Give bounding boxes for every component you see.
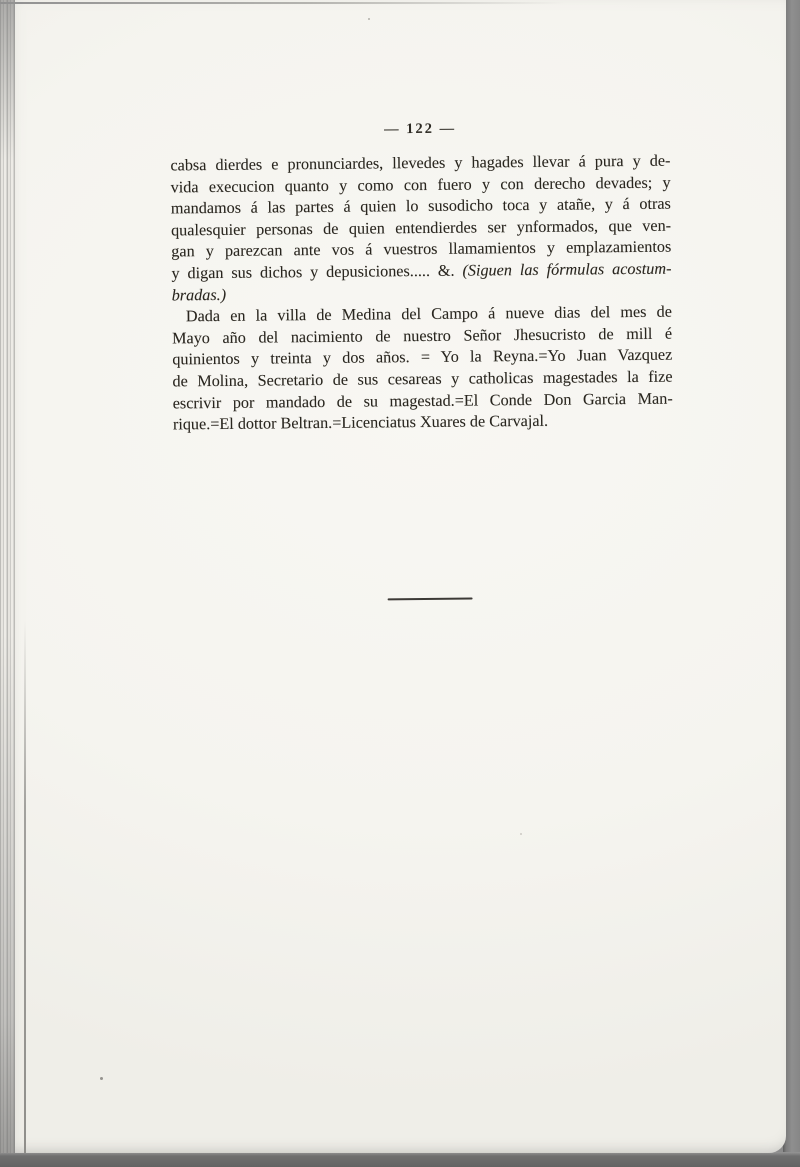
page-edge-line [24, 620, 26, 1153]
scan-speck [520, 833, 522, 835]
scan-speck [368, 18, 370, 20]
page-content: — 122 — cabsa dierdes e pronunciardes, l… [170, 119, 675, 644]
section-divider [388, 598, 473, 601]
scan-edge-top [0, 2, 565, 4]
book-gutter-edge [0, 0, 15, 1153]
page-number: — 122 — [170, 119, 670, 141]
scan-edge-bottom [0, 1152, 800, 1167]
text-block: cabsa dierdes e pronunciardes, llevedes … [170, 151, 673, 437]
text-line: rique.=El dottor Beltran.=Licenciatus Xu… [173, 410, 673, 436]
scanned-book-page: — 122 — cabsa dierdes e pronunciardes, l… [0, 0, 800, 1167]
scan-speck [100, 1077, 103, 1080]
